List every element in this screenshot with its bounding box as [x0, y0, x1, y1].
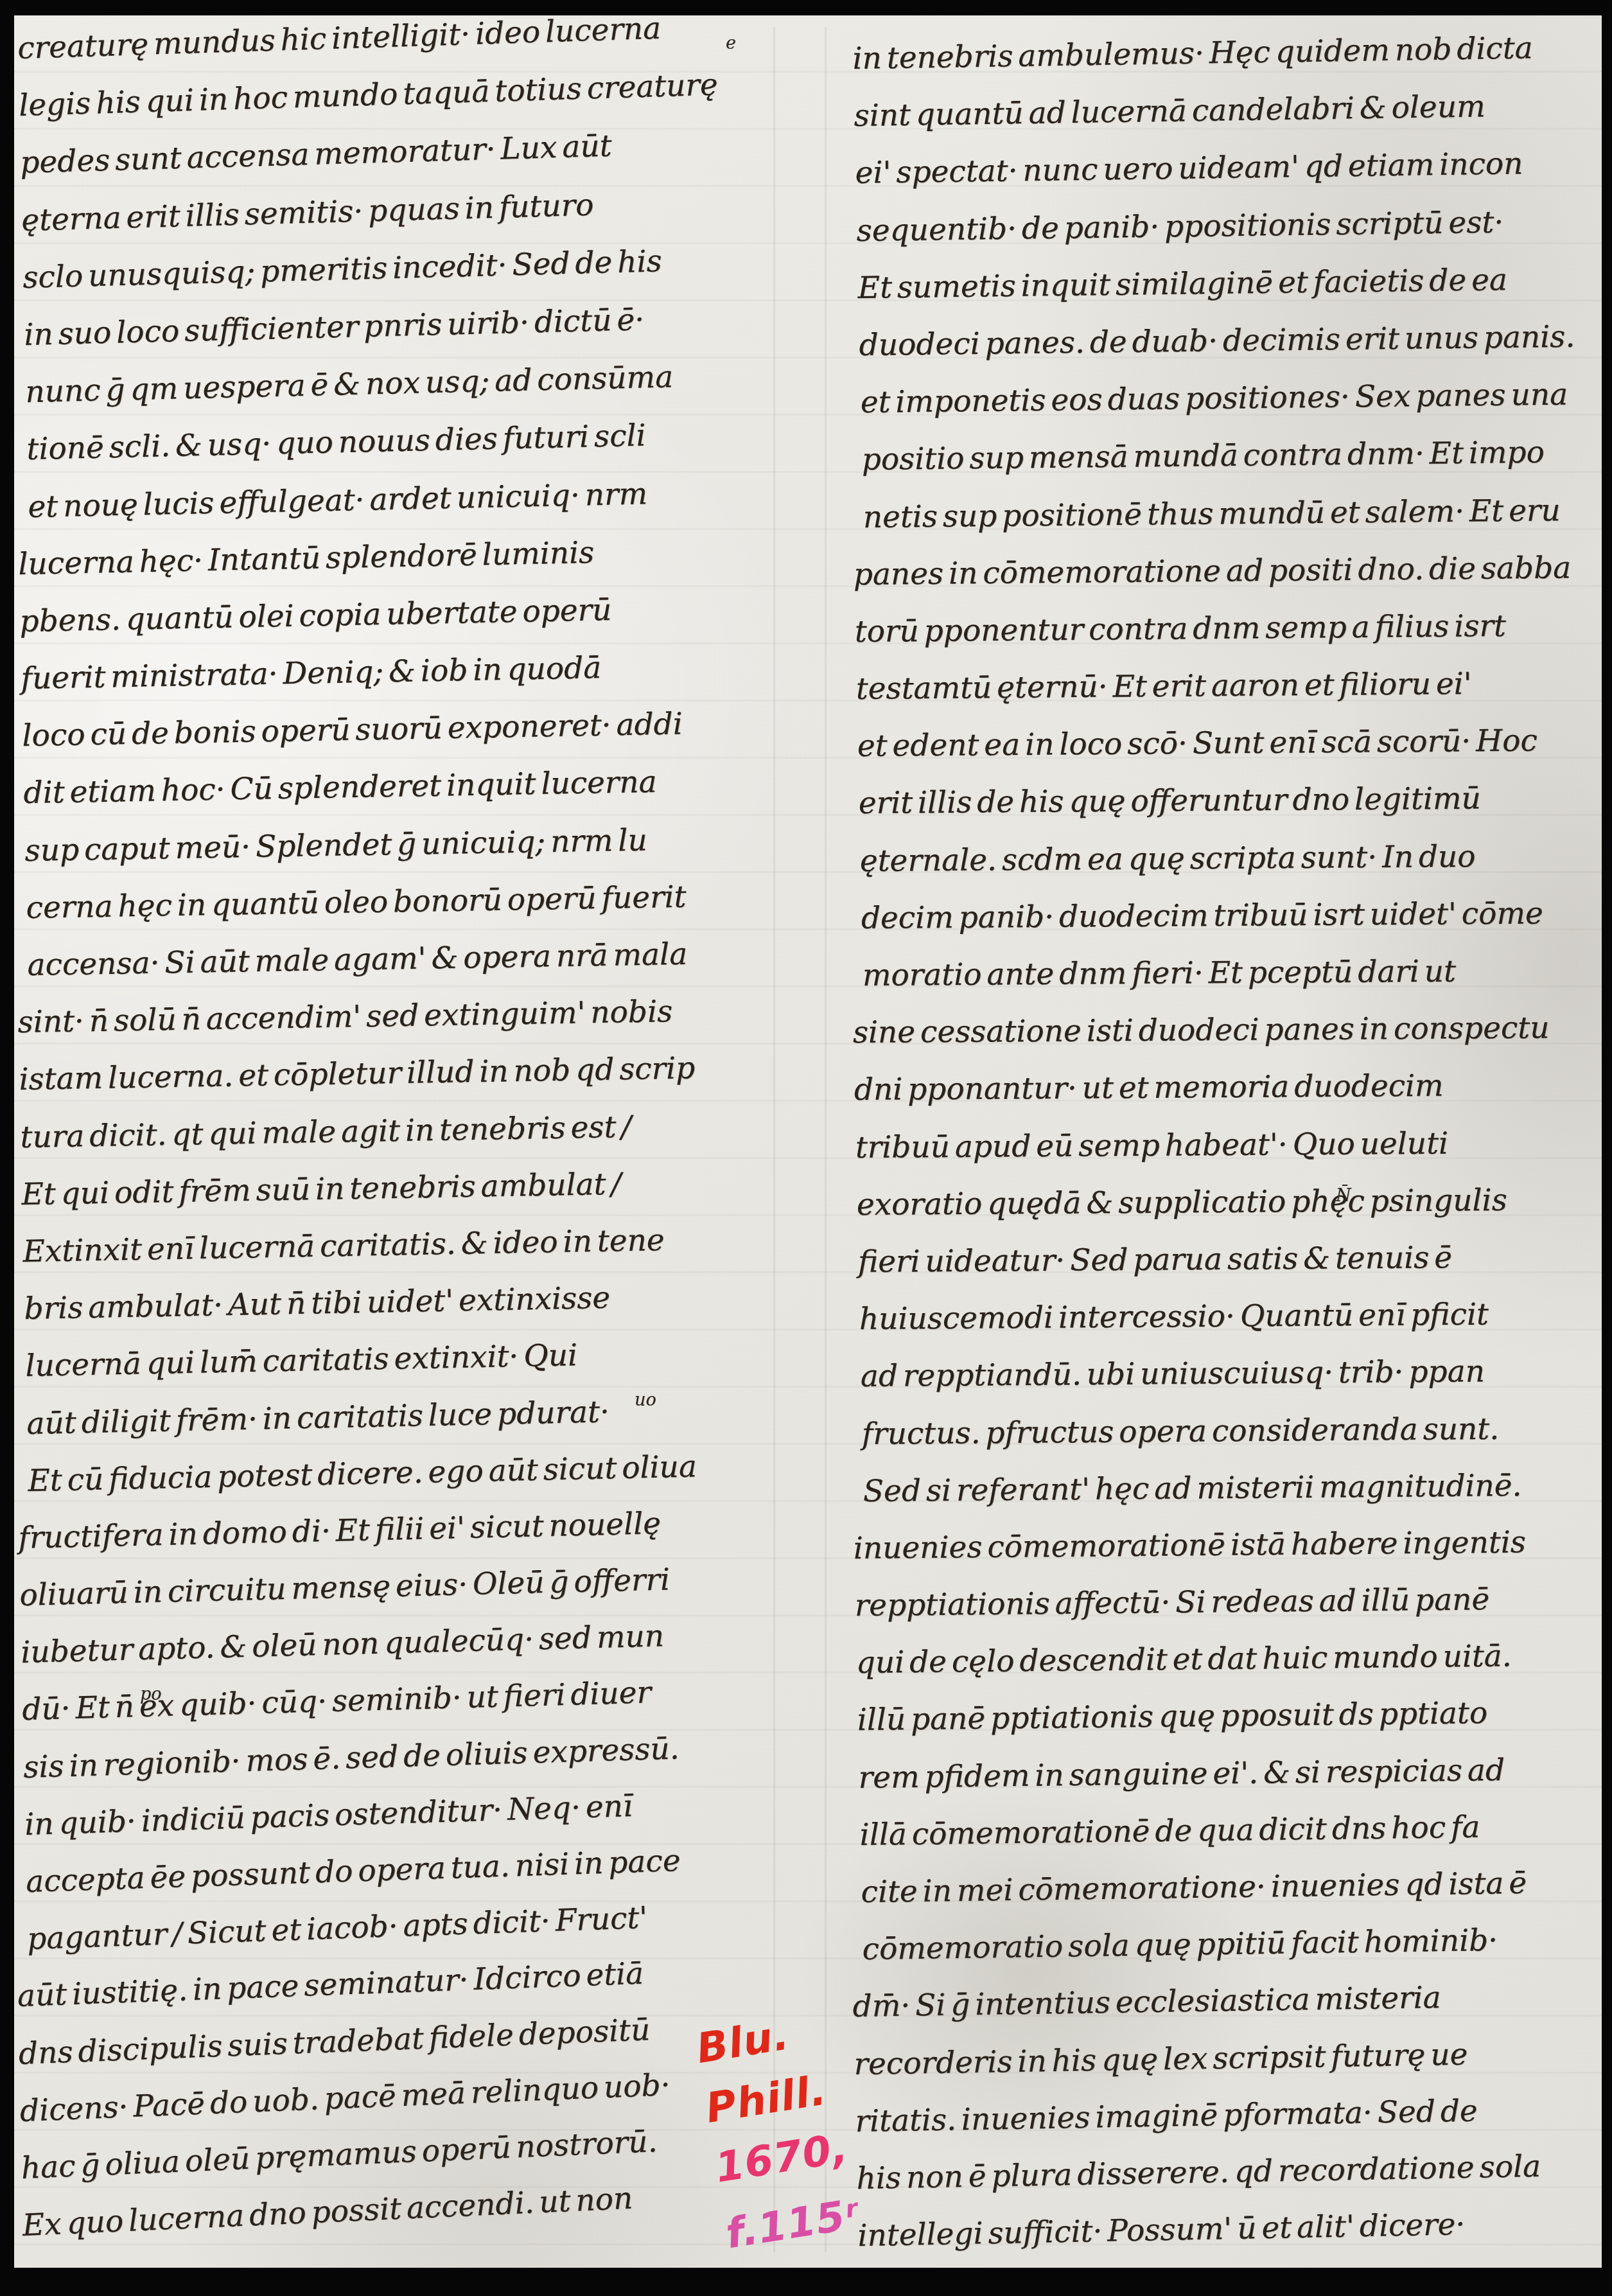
interlinear-mark: e: [726, 33, 736, 53]
text-column-left: creaturę mundus hic intelligit· ideo luc…: [22, 31, 767, 2265]
manuscript-line: in tenebris ambulemus· Hęc quidem nob di…: [852, 30, 1600, 98]
manuscript-line: tribuū apud eū semp habeat'· Quo ueluti: [855, 1125, 1604, 1187]
gutter-ruling-line: [773, 27, 775, 2252]
manuscript-line: Sed si referant' hęc ad misterii magnitu…: [863, 1467, 1611, 1531]
manuscript-line: sint quantū ad lucernā candelabri & oleu…: [854, 87, 1602, 156]
manuscript-photo: creaturę mundus hic intelligit· ideo luc…: [0, 0, 1612, 2296]
manuscript-line: exoratio quędā & supplicatio phęc psingu…: [857, 1182, 1605, 1244]
manuscript-line: dni pponantur· ut et memoria duodecim: [854, 1067, 1602, 1129]
manuscript-line: rem pfidem in sanguine ei'. & si respici…: [858, 1751, 1606, 1817]
manuscript-line: testamtū ęternū· Et erit aaron et filior…: [856, 665, 1604, 729]
manuscript-line: et edent ea in loco scō· Sunt enī scā sc…: [857, 723, 1606, 786]
manuscript-line: moratio ante dnm fieri· Et pceptū dari u…: [863, 953, 1611, 1015]
manuscript-line: inuenies cōmemorationē istā habere ingen…: [854, 1524, 1602, 1588]
manuscript-line: sine cessatione isti duodeci panes in co…: [853, 1010, 1601, 1072]
manuscript-line: cite in mei cōmemoratione· inuenies qd i…: [861, 1864, 1609, 1932]
manuscript-line: illā cōmemorationē de qua dicit dns hoc …: [859, 1808, 1608, 1875]
manuscript-line: panes in cōmemoratione ad positi dno. di…: [853, 550, 1601, 614]
interlinear-mark: N̄: [1336, 1186, 1351, 1206]
manuscript-line: huiuscemodi intercessio· Quantū enī pfic…: [859, 1296, 1608, 1359]
manuscript-line: Et sumetis inquit similaginē et facietis…: [857, 261, 1606, 328]
manuscript-line: fructus. pfructus opera consideranda sun…: [862, 1410, 1610, 1474]
manuscript-line: fieri uideatur· Sed parua satis & tenuis…: [858, 1239, 1606, 1302]
manuscript-line: erit illis de his quę offeruntur dno leg…: [859, 781, 1607, 843]
manuscript-line: ęternale. scdm ea quę scripta sunt· In d…: [860, 838, 1608, 901]
manuscript-line: ad repptiandū. ubi uniuscuiusq· trib· pp…: [861, 1353, 1609, 1416]
manuscript-line: netis sup positionē thus mundū et salem·…: [863, 492, 1611, 557]
parchment-page: creaturę mundus hic intelligit· ideo luc…: [14, 15, 1602, 2268]
manuscript-line: repptiationis affectū· Si redeas ad illū…: [854, 1581, 1602, 1646]
manuscript-line: decim panib· duodecim tribuū isrt uidet'…: [861, 896, 1609, 958]
manuscript-line: positio sup mensā mundā contra dnm· Et i…: [861, 434, 1609, 500]
manuscript-line: et imponetis eos duas positiones· Sex pa…: [860, 376, 1608, 442]
interlinear-mark: po: [140, 1684, 162, 1704]
text-column-right: in tenebris ambulemus· Hęc quidem nob di…: [857, 41, 1604, 2275]
manuscript-line: sequentib· de panib· ppositionis scriptū…: [856, 203, 1604, 270]
interlinear-mark: uo: [635, 1390, 656, 1410]
manuscript-line: qui de cęlo descendit et dat huic mundo …: [855, 1638, 1604, 1702]
manuscript-line: illū panē pptiationis quę pposuit ds ppt…: [857, 1694, 1605, 1760]
manuscript-line: ei' spectat· nunc uero uideam' qd etiam …: [855, 145, 1603, 213]
manuscript-line: duodeci panes. de duab· decimis erit unu…: [859, 319, 1607, 385]
manuscript-line: torū pponentur contra dnm semp a filius …: [855, 608, 1603, 672]
gutter-ruling-line: [825, 27, 827, 2252]
